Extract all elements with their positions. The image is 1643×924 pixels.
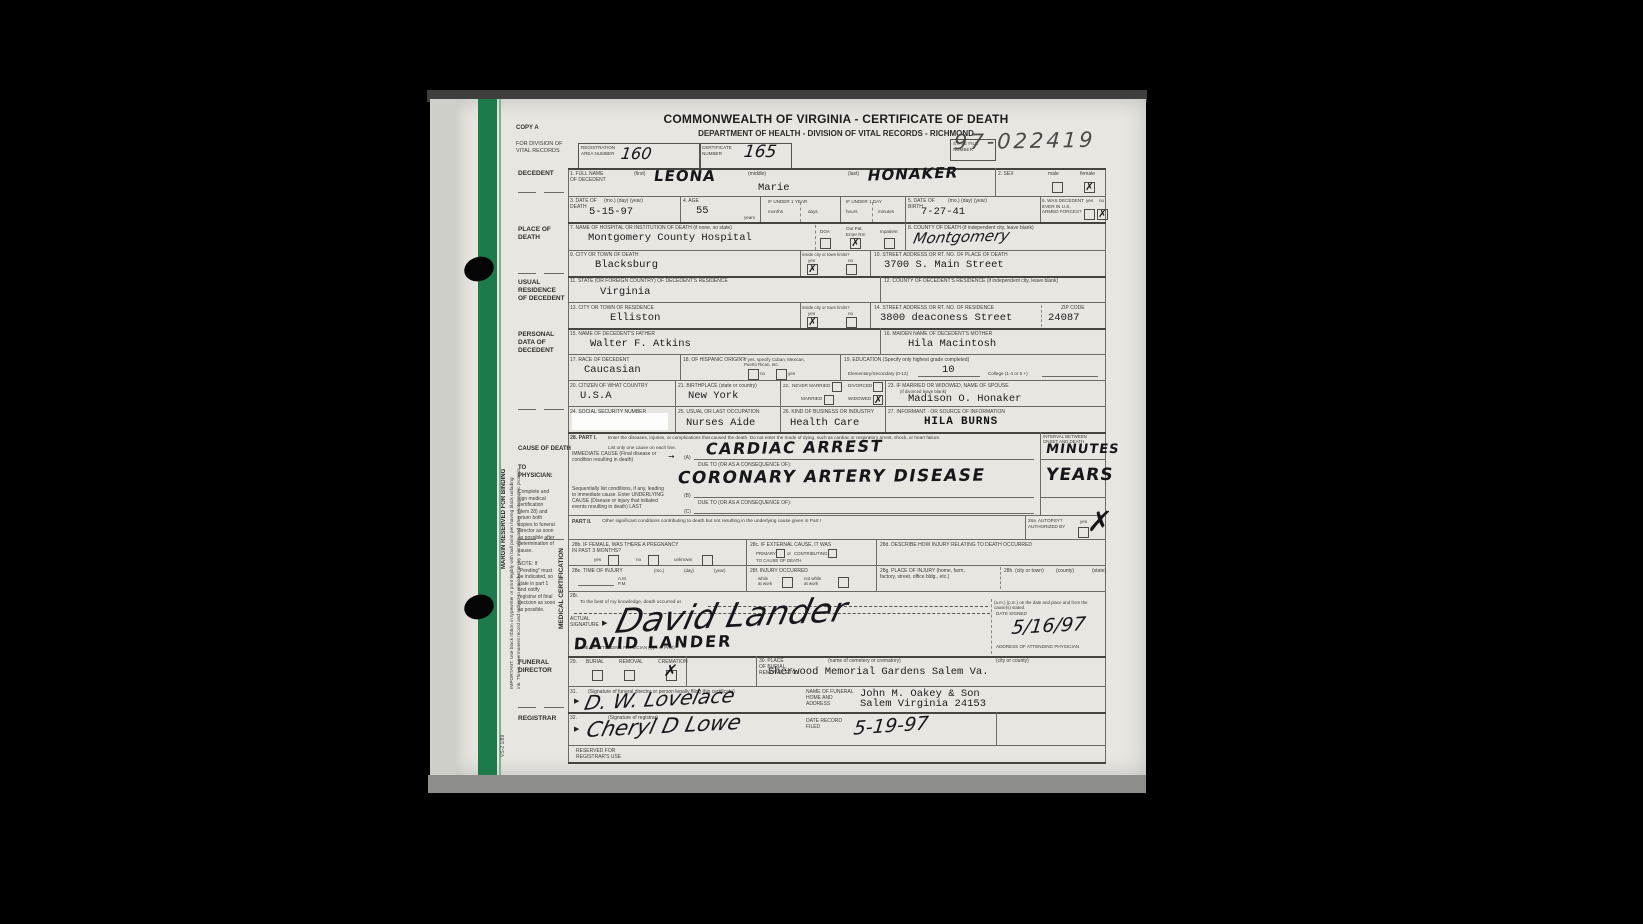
certificate-number-label: CERTIFICATE NUMBER <box>702 145 732 156</box>
field5-sublabel: (mo.) (day) (year) <box>948 198 987 204</box>
field28i-label: 28i. <box>570 593 578 599</box>
field28i-line2: (a.m.) (p.m.) on the date and place and … <box>994 600 1102 611</box>
field18-no-label: no <box>760 371 765 377</box>
field16-label: 16. MAIDEN NAME OF DECEDENT'S MOTHER <box>884 331 992 337</box>
field28-part1-label: 28. PART I. <box>570 435 597 441</box>
field4-years-label: years <box>744 215 755 220</box>
field4-value: 55 <box>696 205 709 217</box>
field4-under1year-label: IF UNDER 1 YEAR <box>768 199 807 205</box>
field28f-notwhile-label: not while at work <box>804 576 821 587</box>
field31-home-label: NAME OF FUNERAL HOME AND ADDRESS <box>806 689 854 707</box>
field28g-label: 28g. PLACE OF INJURY (home, farm, factor… <box>880 568 965 580</box>
field22-widowed-label: WIDOWED <box>848 396 871 402</box>
field28c-primary-label: PRIMARY <box>756 551 776 556</box>
field4-months-label: months <box>768 209 783 215</box>
field28f-while-checkbox <box>782 577 793 588</box>
field28e-mo-label: (mo.) <box>654 568 664 573</box>
field28-part2-text: Other significant conditions contributin… <box>602 519 1012 525</box>
field22-never-label: NEVER MARRIED <box>792 383 830 389</box>
field31-home-value2: Salem Virginia 24153 <box>860 698 986 710</box>
certificate-number-value: 165 <box>743 142 778 162</box>
paper-bottom-edge <box>428 775 1146 793</box>
field21-value: New York <box>688 390 738 402</box>
field19-elem-value: 10 <box>942 364 955 376</box>
field17-value: Caucasian <box>584 364 641 376</box>
field28f-label: 28f. INJURY OCCURRED <box>750 568 808 574</box>
field28a-label: 28a. AUTOPSY? AUTHORIZED BY <box>1028 518 1065 529</box>
field9-yes-checkbox: ✗ <box>807 264 818 275</box>
field28b-yes-checkbox <box>608 555 619 566</box>
field1-last-sublabel: (last) <box>848 171 859 177</box>
field14-zip-label: ZIP CODE <box>1061 305 1085 311</box>
field28b-label: 28b. IF FEMALE, WAS THERE A PREGNANCY IN… <box>572 542 678 554</box>
field4-minutes-label: minutes <box>878 209 894 215</box>
copy-a-label: COPY A <box>516 125 539 132</box>
field6-no-checkbox: ✗ <box>1097 209 1108 220</box>
field4-days-label: days <box>808 209 818 215</box>
field28i-actual-signature-label: ACTUAL SIGNATURE <box>570 616 599 628</box>
field28h-state-label: (state) <box>1092 568 1106 574</box>
pending-note: NOTE: If "Pending" must be indicated, so… <box>518 561 566 613</box>
field29-burial-label: BURIAL <box>586 659 604 665</box>
field7-doa-checkbox <box>820 238 831 249</box>
field1-last-value: HONAKER <box>866 163 960 184</box>
field22-widowed-checkbox: ✗ <box>873 395 883 405</box>
field15-value: Walter F. Atkins <box>590 338 691 350</box>
field28c-or-label: or <box>787 551 791 556</box>
field13-yes-label: yes <box>808 311 815 317</box>
field18-sublabel: If yes, specify Cuban, Mexican, Puerto R… <box>744 357 805 368</box>
field22-never-checkbox <box>832 382 842 392</box>
field2-female-checkbox: ✗ <box>1084 182 1095 193</box>
field2-label: 2. SEX <box>998 171 1014 177</box>
field28i-address-label: ADDRESS OF ATTENDING PHYSICIAN <box>996 644 1079 650</box>
field13-limits-label: inside city or town limits? <box>802 305 868 310</box>
field2-male-checkbox <box>1052 182 1063 193</box>
field28-interval-b-value: YEARS <box>1045 465 1115 485</box>
field29-removal-label: REMOVAL <box>619 659 643 665</box>
field23-value: Madison O. Honaker <box>908 393 1021 405</box>
field15-label: 15. NAME OF DECEDENT'S FATHER <box>570 331 655 337</box>
field28b-no-checkbox <box>648 555 659 566</box>
field29-removal-checkbox <box>624 670 635 681</box>
field20-value: U.S.A <box>580 390 612 402</box>
certificate-title: COMMONWEALTH OF VIRGINIA - CERTIFICATE O… <box>586 112 1086 126</box>
field28-b-value: CORONARY ARTERY DISEASE <box>676 466 987 489</box>
field28e-year-label: (year) <box>714 568 725 573</box>
section-residence: USUAL RESIDENCE OF DECEDENT <box>518 279 565 303</box>
field9-yes-label: yes <box>808 258 815 264</box>
field32-date-value: 5-19-97 <box>852 712 929 739</box>
field13-label: 13. CITY OR TOWN OF RESIDENCE <box>570 305 654 311</box>
field29-cremation-mark: ✗ <box>663 661 679 680</box>
field6-no-label: no <box>1099 198 1104 204</box>
for-division-label: FOR DIVISION OF VITAL RECORDS <box>516 141 562 154</box>
field24-ssn-redaction <box>572 413 668 430</box>
state-file-value: 97-022419 <box>953 128 1096 154</box>
field28-due-b-label: DUE TO (OR AS A CONSEQUENCE OF): <box>698 500 791 506</box>
field9-no-checkbox <box>846 264 857 275</box>
field7-inpatient-checkbox <box>884 238 895 249</box>
field18-label: 18. OF HISPANIC ORIGIN? <box>683 357 745 363</box>
field13-yes-checkbox: ✗ <box>807 317 818 328</box>
registration-area-value: 160 <box>620 144 653 163</box>
binding-green-stripe <box>478 99 497 775</box>
field28i-date-signed-value: 5/16/97 <box>1010 613 1087 639</box>
field28f-notwhile-checkbox <box>838 577 849 588</box>
field7-inpatient-label: Inpatient <box>880 229 898 235</box>
field13-no-checkbox <box>846 317 857 328</box>
field31-label: 31. <box>570 689 577 695</box>
field11-label: 11. STATE (OR FOREIGN COUNTRY) OF DECEDE… <box>570 278 728 284</box>
field20-label: 20. CITIZEN OF WHAT COUNTRY <box>570 383 648 389</box>
field1-middle-value: Marie <box>758 182 790 194</box>
field9-label: 9. CITY OR TOWN OF DEATH <box>570 252 639 258</box>
field28c-primary-checkbox <box>776 549 785 558</box>
registration-area-label: REGISTRATION AREA NUMBER <box>581 145 615 156</box>
field25-label: 25. USUAL OR LAST OCCUPATION <box>678 409 760 415</box>
field28c-contributing-checkbox <box>828 549 837 558</box>
field28c-contributing-label: CONTRIBUTING <box>794 551 827 556</box>
field3-sublabel: (mo.) (day) (year) <box>604 198 643 204</box>
field29-label: 29. <box>570 659 577 665</box>
field12-label: 12. COUNTY OF DECEDENT'S RESIDENCE (if i… <box>884 278 1058 284</box>
field28-interval-a-value: MINUTES <box>1045 442 1120 457</box>
field28b-unknown-checkbox <box>702 555 713 566</box>
field4-label: 4. AGE <box>683 198 699 204</box>
reserved-registrar-label: RESERVED FOR REGISTRAR'S USE <box>576 748 621 760</box>
field14-label: 14. STREET ADDRESS OR RT. NO. OF RESIDEN… <box>874 305 994 311</box>
paper-left-edge <box>430 99 456 775</box>
section-decedent: DECEDENT <box>518 170 554 178</box>
field28a-yes-label: yes <box>1080 519 1087 525</box>
section-place-of-death: PLACE OF DEATH <box>518 226 551 242</box>
field32-label: 32. <box>570 715 577 721</box>
field28-part2-label: PART II. <box>572 519 592 525</box>
field28-a-label: (A) <box>684 455 691 461</box>
field2-male-label: male <box>1048 171 1059 177</box>
field19-label: 19. EDUCATION (Specify only highest grad… <box>844 357 969 363</box>
physician-note: Complete and sign medical certification … <box>518 489 566 554</box>
field5-value: 7-27-41 <box>921 206 965 218</box>
field30-value: Sherwood Memorial Gardens Salem Va. <box>768 666 989 678</box>
field19-college-label: College (1-4 or 5 +) <box>988 371 1028 377</box>
field9-no-label: no <box>848 258 853 264</box>
field9-limits-label: inside city or town limits? <box>802 252 868 257</box>
field21-label: 21. BIRTHPLACE (state or country) <box>678 383 757 389</box>
field27-label: 27. INFORMANT - OR SOURCE OF INFORMATION <box>888 409 1005 415</box>
attending-physician-printed-name: DAVID LANDER <box>573 632 733 654</box>
field7-emer-checkbox: ✗ <box>850 238 861 249</box>
field17-label: 17. RACE OF DECEDENT <box>570 357 629 363</box>
immediate-cause-arrow-icon: ➞ <box>668 452 675 461</box>
field28e-label: 28e. TIME OF INJURY <box>572 568 623 574</box>
field4-hours-label: hours <box>846 209 858 215</box>
field28b-no-label: no <box>636 557 641 563</box>
field28-sequential-label: Sequentially list conditions, if any, le… <box>572 486 664 510</box>
field28-b-label: (B) <box>684 493 691 499</box>
field22-label: 22. <box>783 383 789 389</box>
field28h-county-label: (county) <box>1056 568 1074 574</box>
field28f-while-label: while at work <box>758 576 772 587</box>
field28b-yes-label: yes <box>594 557 601 563</box>
field14-value: 3800 deaconess Street <box>880 312 1012 324</box>
section-cause-of-death: CAUSE OF DEATH <box>518 446 571 454</box>
field9-value: Blacksburg <box>595 259 658 271</box>
field1-first-sublabel: (first) <box>634 171 645 177</box>
field22-divorced-checkbox <box>873 382 883 392</box>
field18-yes-checkbox <box>776 369 787 380</box>
field2-female-label: female <box>1080 171 1095 177</box>
field32-date-label: DATE RECORD FILED <box>806 718 842 730</box>
field7-doa-label: DOA <box>820 229 830 235</box>
field7-emer-label: Out Pat. Emer Rm <box>846 226 865 237</box>
field30-city-sublabel: (city or county) <box>996 658 1029 664</box>
field28h-label: 28h. (city or town) <box>1004 568 1044 574</box>
field30-cemetery-sublabel: (name of cemetery or crematory) <box>828 658 901 664</box>
field28-a-value: CARDIAC ARREST <box>704 436 884 458</box>
margin-binding-text: MARGIN RESERVED FOR BINDING <box>501 309 507 569</box>
form-number: VS-2 1/89 <box>500 707 506 757</box>
field28e-ampm-label: A.M. P.M. <box>618 576 627 587</box>
field14-zip-value: 24087 <box>1048 312 1080 324</box>
field27-value: HILA BURNS <box>924 416 998 428</box>
field13-no-label: no <box>848 311 853 317</box>
field22-married-checkbox <box>824 395 834 405</box>
scanned-death-certificate: MARGIN RESERVED FOR BINDING IMPORTANT: U… <box>0 0 1643 924</box>
funeral-signature-arrow-icon: ▶ <box>574 697 579 705</box>
section-to-physician: TO PHYSICIAN: <box>518 465 553 480</box>
field28b-unknown-label: unknown <box>674 557 692 563</box>
field28c-label: 28c. IF EXTERNAL CAUSE, IT WAS <box>750 542 831 548</box>
field22-married-label: MARRIED <box>801 396 822 402</box>
actual-signature-arrow-icon: ▶ <box>602 619 607 627</box>
field19-elem-label: Elementary/Secondary (0-12) <box>848 371 908 377</box>
field18-no-checkbox <box>748 369 759 380</box>
field6-label: 6. WAS DECEDENT EVER IN U.S. ARMED FORCE… <box>1042 198 1084 215</box>
field28-immediate-cause-label: IMMEDIATE CAUSE (Final disease or condit… <box>572 451 656 463</box>
margin-important-text-1: IMPORTANT: Use black ribbon in typewrite… <box>510 219 515 689</box>
section-registrar: REGISTRAR <box>518 715 556 723</box>
field28e-day-label: (day) <box>684 568 694 573</box>
field28c-tail-label: TO CAUSE OF DEATH <box>756 558 801 563</box>
field7-label: 7. NAME OF HOSPITAL OR INSTITUTION OF DE… <box>570 225 732 231</box>
field22-divorced-label: DIVORCED <box>848 383 872 389</box>
field8-value: Montgomery <box>912 226 1012 247</box>
funeral-director-signature: D. W. Lovelace <box>582 683 737 715</box>
field1-middle-sublabel: (middle) <box>748 171 766 177</box>
field4-under1day-label: IF UNDER 1 DAY <box>846 199 882 205</box>
field11-value: Virginia <box>600 286 650 298</box>
registrar-signature-arrow-icon: ▶ <box>574 725 579 733</box>
field6-yes-checkbox <box>1084 209 1095 220</box>
field18-yes-label: yes <box>788 371 795 377</box>
field28a-no-mark: ✗ <box>1086 505 1114 538</box>
field26-label: 26. KIND OF BUSINESS OR INDUSTRY <box>783 409 874 415</box>
field25-value: Nurses Aide <box>686 417 755 429</box>
field26-value: Health Care <box>790 417 859 429</box>
field1-label: 1. FULL NAME OF DECEDENT <box>570 171 606 183</box>
field1-first-value: LEONA <box>653 167 717 185</box>
field16-value: Hila Macintosh <box>908 338 996 350</box>
field13-value: Elliston <box>610 312 660 324</box>
certificate-paper: MARGIN RESERVED FOR BINDING IMPORTANT: U… <box>456 99 1146 775</box>
field28-c-label: (C) <box>684 509 691 515</box>
section-personal-data: PERSONAL DATA OF DECEDENT <box>518 331 554 355</box>
field29-burial-checkbox <box>592 670 603 681</box>
section-funeral-director: FUNERAL DIRECTOR <box>518 659 552 675</box>
field10-value: 3700 S. Main Street <box>884 259 1004 271</box>
field28d-label: 28d. DESCRIBE HOW INJURY RELATING TO DEA… <box>880 542 1032 548</box>
field6-yes-label: yes <box>1086 198 1093 204</box>
field10-label: 10. STREET ADDRESS OR RT. NO. OF PLACE O… <box>874 252 1008 258</box>
field28-part1-instructions2: List only one cause on each line. <box>608 445 676 451</box>
field7-value: Montgomery County Hospital <box>588 232 752 244</box>
field3-value: 5-15-97 <box>589 206 633 218</box>
